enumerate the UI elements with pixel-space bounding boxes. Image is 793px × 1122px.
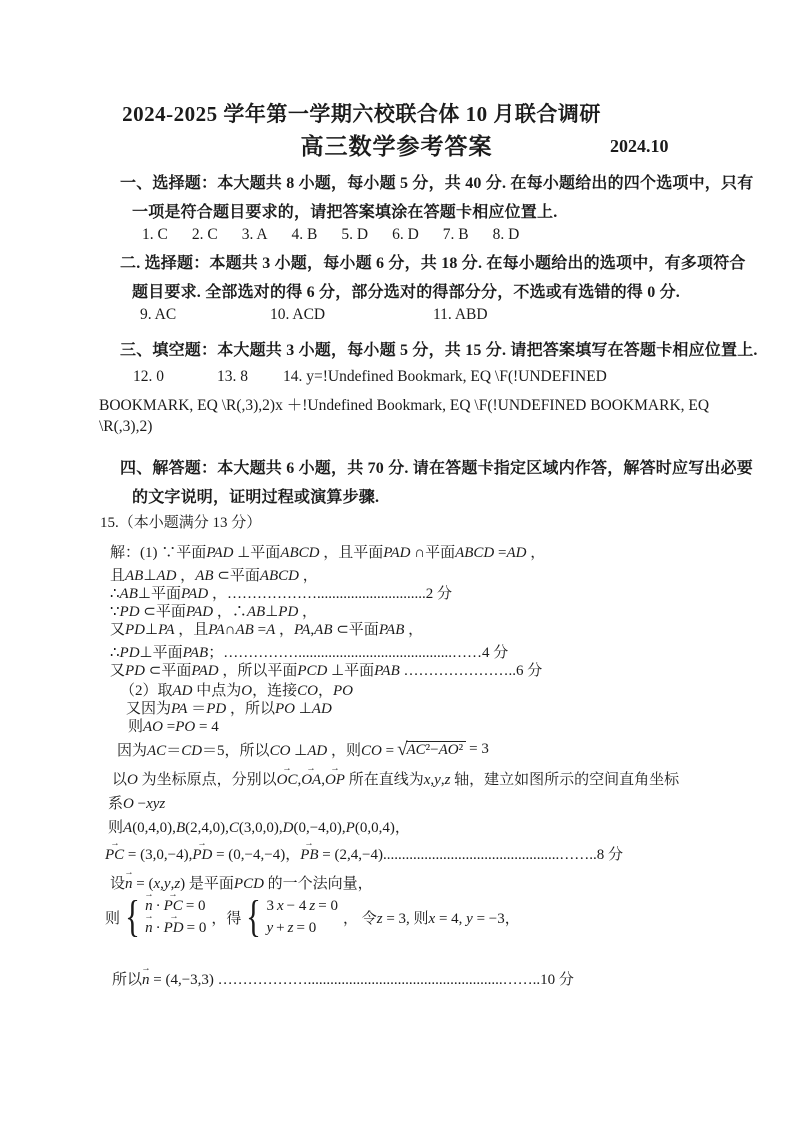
text-segment: ，得 xyxy=(211,907,241,928)
question15-title: 15.（本小题满分 13 分） xyxy=(100,511,261,532)
text-segment: 所以 xyxy=(112,972,142,988)
text-segment: 则 xyxy=(105,907,120,928)
text-segment: 以O 为坐标原点，分别以 xyxy=(112,772,277,788)
math-segment: 因为AC＝CD＝5，所以CO ⊥AD ，则CO = xyxy=(117,739,394,760)
answer-item-13: 13. 8 xyxy=(217,368,283,386)
math-segment: = (0,−4,−4)， xyxy=(212,847,300,863)
document-subtitle: 高三数学参考答案 xyxy=(0,128,793,161)
vector-OC: OC xyxy=(277,772,298,789)
answer-item-14-line2: BOOKMARK, EQ \R(,3),2)x ＋!Undefined Book… xyxy=(99,393,709,415)
document-title: 2024-2025 学年第一学期六校联合体 10 月联合调研 xyxy=(0,98,758,128)
section3-heading: 三、填空题：本大题共 3 小题，每小题 5 分，共 15 分. 请把答案填写在答… xyxy=(120,337,758,360)
equation-system-2: 3x − 4z = 0 y + z = 0 xyxy=(267,897,338,938)
vector-n: n xyxy=(142,972,150,989)
math-segment: = 3 xyxy=(469,741,489,758)
left-brace: { xyxy=(125,895,140,939)
answer-item-14-line3: \R(,3),2) xyxy=(99,418,152,436)
solution15-line-1: 解：(1) ∵平面PAD ⊥平面ABCD ，且平面PAD ∩平面ABCD =AD… xyxy=(110,541,545,562)
section3-answers-line1: 12. 013. 814. y=!Undefined Bookmark, EQ … xyxy=(133,368,607,386)
answer-item-4: 4. B xyxy=(292,226,318,244)
answer-item-10: 10. ACD xyxy=(270,306,325,324)
answer-item-7: 7. B xyxy=(443,226,469,244)
section4-heading-line2: 的文字说明，证明过程或演算步骤. xyxy=(132,484,379,507)
math-segment: = (4,−3,3) ……………….......................… xyxy=(150,972,574,988)
section1-answers: 1. C 2. C 3. A 4. B 5. D 6. D 7. B 8. D xyxy=(142,226,519,244)
equation-row: 3x − 4z = 0 xyxy=(267,897,338,916)
solution15-line-17: 则 { n·PC= 0 n·PD= 0 ，得 { 3x − 4z = 0 y +… xyxy=(105,895,520,939)
solution15-line-11: 因为AC＝CD＝5，所以CO ⊥AD ，则CO = √ AC²−AO² = 3 xyxy=(117,739,489,760)
section2-heading-line2: 题目要求. 全部选对的得 6 分，部分选对的得部分分，不选或有选错的得 0 分. xyxy=(132,279,680,302)
text-segment: 设 xyxy=(110,876,125,892)
answer-item-9: 9. AC xyxy=(140,306,176,324)
answer-item-5: 5. D xyxy=(341,226,368,244)
equation-row: n·PD= 0 xyxy=(145,919,206,938)
square-root-expression: √ AC²−AO² xyxy=(397,741,466,759)
solution15-line-7: 又PD ⊂平面PAD ，所以平面PCD ⊥平面PAB …………………..6 分 xyxy=(110,659,542,680)
vector-n: n xyxy=(125,876,133,893)
vector-PC: PC xyxy=(105,847,124,864)
dot-leader: ........................................… xyxy=(383,847,623,863)
solution15-line-5: 又PD⊥PA ，且PA∩AB =A ，PA,AB ⊂平面PAB ， xyxy=(110,618,423,639)
equation-system-1: n·PC= 0 n·PD= 0 xyxy=(145,897,206,938)
section1-heading-line1: 一、选择题：本大题共 8 小题，每小题 5 分，共 40 分. 在每小题给出的四… xyxy=(120,170,753,193)
solution15-line-14: 则A(0,4,0),B(2,4,0),C(3,0,0),D(0,−4,0),P(… xyxy=(108,816,410,837)
answer-item-6: 6. D xyxy=(392,226,419,244)
math-segment: = 0 xyxy=(187,919,207,938)
answer-item-11: 11. ABD xyxy=(433,306,488,324)
radicand: AC²−AO² xyxy=(406,741,467,759)
answer-item-8: 8. D xyxy=(493,226,520,244)
text-segment: 所在直线为x,y,z 轴，建立如图所示的空间直角坐标 xyxy=(345,772,679,788)
document-date: 2024.10 xyxy=(610,136,669,157)
answer-item-3: 3. A xyxy=(242,226,268,244)
vector-PD: PD xyxy=(164,919,184,938)
math-segment: = (2,4,−4) xyxy=(319,847,383,863)
math-segment: = 0 xyxy=(186,897,206,916)
vector-OA: OA xyxy=(301,772,321,789)
vector-PB: PB xyxy=(300,847,318,864)
math-segment: ， 令z = 3, 则x = 4, y = −3， xyxy=(343,907,520,928)
solution15-line-12: 以O 为坐标原点，分别以OC,OA,OP 所在直线为x,y,z 轴，建立如图所示… xyxy=(112,768,679,789)
left-brace: { xyxy=(247,895,262,939)
answer-item-14-line1: 14. y=!Undefined Bookmark, EQ \F(!UNDEFI… xyxy=(283,368,607,385)
section4-heading-line1: 四、解答题：本大题共 6 小题，共 70 分. 请在答题卡指定区域内作答，解答时… xyxy=(120,455,753,478)
solution15-line-13: 系O −xyz xyxy=(108,792,165,813)
solution15-line-10: 则AO =PO = 4 xyxy=(128,715,219,736)
answer-item-2: 2. C xyxy=(192,226,218,244)
dot-operator: · xyxy=(156,897,161,916)
solution15-line-18: 所以n = (4,−3,3) ………………...................… xyxy=(112,968,574,989)
section1-heading-line2: 一项是符合题目要求的，请把答案填涂在答题卡相应位置上. xyxy=(132,199,557,222)
answer-item-1: 1. C xyxy=(142,226,168,244)
vector-OP: OP xyxy=(325,772,345,789)
math-segment: = (3,0,−4), xyxy=(124,847,192,863)
section2-heading-line1: 二. 选择题：本题共 3 小题，每小题 6 分，共 18 分. 在每小题给出的选… xyxy=(120,250,746,273)
equation-row: y + z = 0 xyxy=(267,919,338,938)
vector-n: n xyxy=(145,919,153,938)
answer-item-12: 12. 0 xyxy=(133,368,217,386)
answer-key-page: 2024-2025 学年第一学期六校联合体 10 月联合调研 高三数学参考答案 … xyxy=(0,0,793,1122)
solution15-line-15: PC = (3,0,−4),PD = (0,−4,−4)，PB = (2,4,−… xyxy=(105,843,623,864)
vector-PD: PD xyxy=(192,847,212,864)
dot-operator: · xyxy=(156,919,161,938)
